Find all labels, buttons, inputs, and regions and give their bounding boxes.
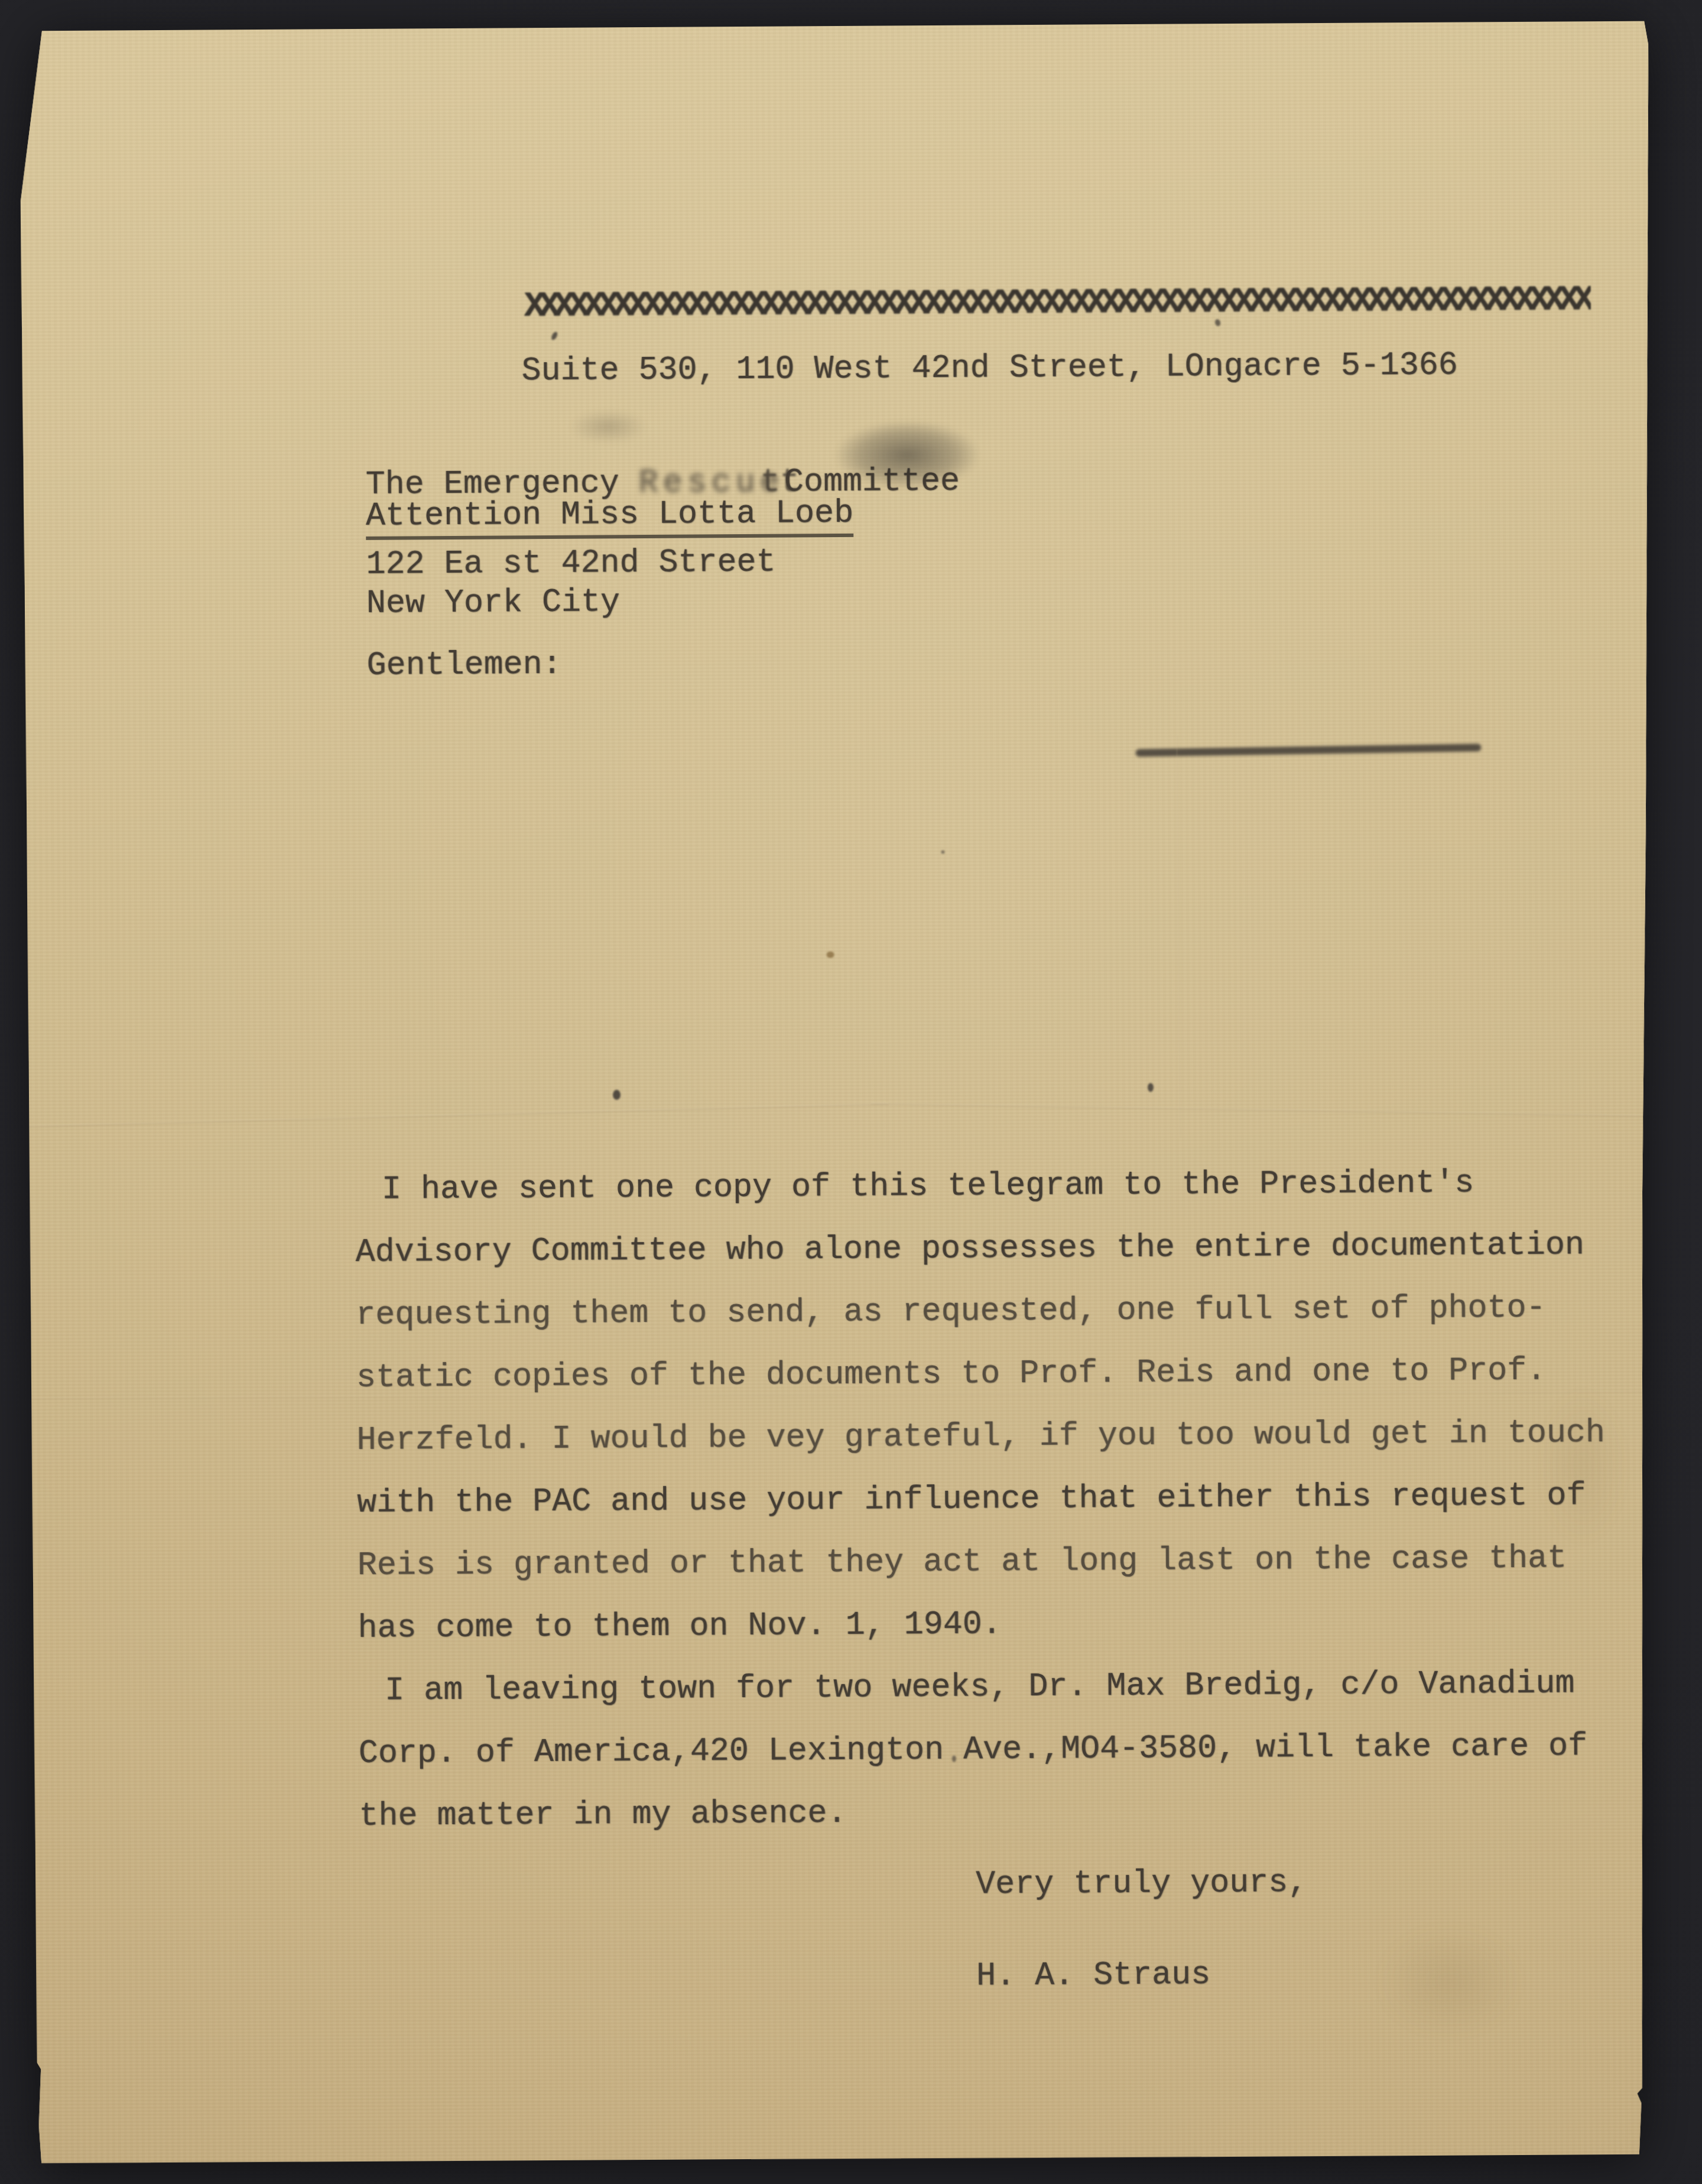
body-line: with the PAC and use your influence that…	[357, 1478, 1586, 1520]
salutation: Gentlemen:	[366, 648, 561, 683]
decorative-x-band: XXXXXXXXXXXXXXXXXXXXXXXXXXXXXXXXXXXXXXXX…	[524, 285, 1591, 321]
attention-line: Attention Miss Lotta Loeb	[366, 496, 854, 540]
letter-paper: XXXXXXXXXXXXXXXXXXXXXXXXXXXXXXXXXXXXXXXX…	[20, 21, 1661, 2164]
body-line: static copies of the documents to Prof. …	[356, 1354, 1547, 1395]
body-line: Herzfeld. I would be vey grateful, if yo…	[356, 1416, 1605, 1458]
ink-smudge-blot	[814, 401, 1021, 499]
photo-background: XXXXXXXXXXXXXXXXXXXXXXXXXXXXXXXXXXXXXXXX…	[0, 0, 1702, 2184]
sender-address-line: Suite 530, 110 West 42nd Street, LOngacr…	[521, 349, 1458, 389]
recipient-street: 122 Ea st 42nd Street	[366, 545, 775, 582]
body-line: the matter in my absence.	[359, 1796, 846, 1834]
paper-fleck	[827, 951, 834, 958]
smudge-stain	[557, 404, 660, 449]
aging-stain	[1361, 1913, 1539, 2050]
ink-speck	[550, 331, 558, 341]
ink-speck	[613, 1090, 621, 1100]
signature: H. A. Straus	[976, 1958, 1210, 1993]
ink-speck	[1148, 1083, 1154, 1092]
fold-crease-left	[20, 1103, 889, 1127]
body-line: has come to them on Nov. 1, 1940.	[358, 1607, 1002, 1646]
body-line: I have sent one copy of this telegram to…	[382, 1166, 1474, 1207]
recipient-city: New York City	[366, 585, 620, 621]
ink-line	[1135, 744, 1481, 757]
body-line: Reis is granted or that they act at long…	[358, 1542, 1567, 1583]
fold-crease-right	[871, 1103, 1663, 1117]
body-line: I am leaving town for two weeks, Dr. Max…	[385, 1666, 1575, 1708]
body-line: Corp. of America,420 Lexington Ave.,MO4-…	[359, 1729, 1588, 1771]
ink-speck	[1214, 318, 1222, 327]
body-line: Advisory Committee who alone possesses t…	[355, 1228, 1584, 1270]
ink-speck	[952, 1756, 956, 1762]
letter-paper-wrap: XXXXXXXXXXXXXXXXXXXXXXXXXXXXXXXXXXXXXXXX…	[20, 21, 1661, 2164]
valediction: Very truly yours,	[976, 1865, 1307, 1902]
aging-stain	[1529, 1369, 1636, 1564]
ink-speck	[941, 850, 944, 854]
vertical-crease	[1176, 736, 1180, 1137]
body-line: requesting them to send, as requested, o…	[356, 1291, 1546, 1332]
